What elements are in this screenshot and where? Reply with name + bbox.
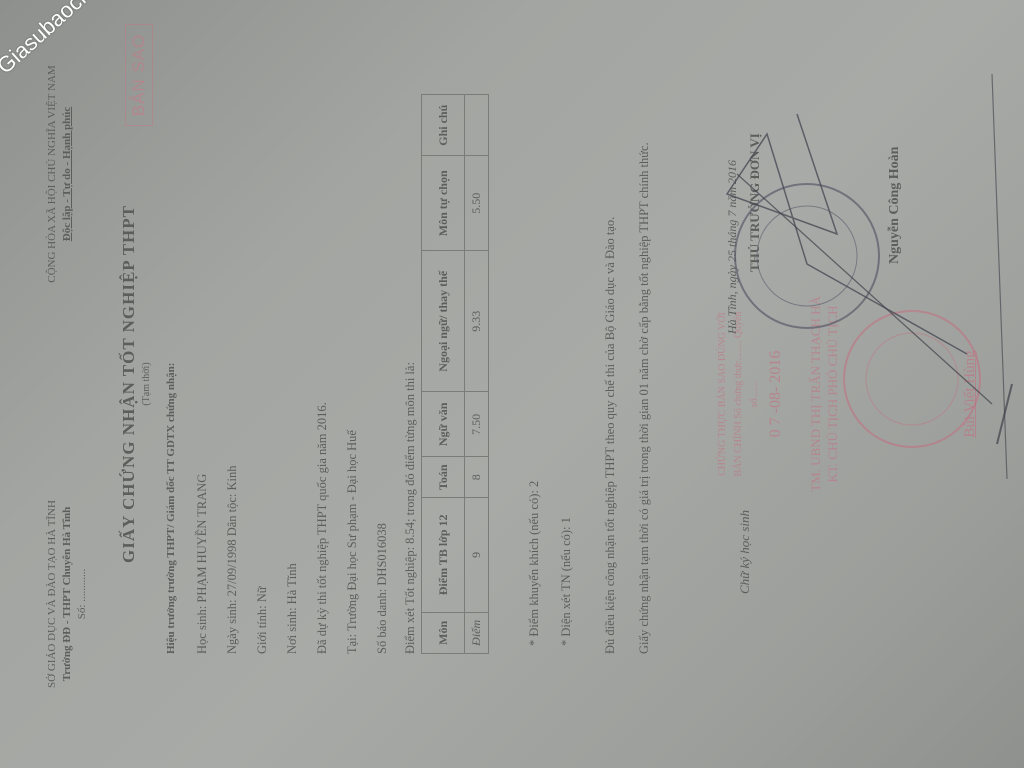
scores-header-row: Môn Điểm TB lớp 12 Toán Ngữ văn Ngoại ng… <box>422 95 465 654</box>
score-math: 8 <box>465 457 489 498</box>
signature-stroke-icon <box>727 114 967 354</box>
document-number: Số: ............ <box>75 464 90 724</box>
scores-row: Điểm 9 8 7.50 9.33 5.50 <box>465 95 489 654</box>
exam-venue: Tại: Trường Đại học Sư phạm - Đại học Hu… <box>345 430 360 654</box>
col-math: Toán <box>422 457 465 498</box>
document-photo: SỞ GIÁO DỤC VÀ ĐÀO TẠO HÀ TĨNH Trường ĐĐ… <box>0 0 1024 768</box>
student-name: Học sinh: PHẠM HUYỀN TRANG <box>195 474 210 654</box>
exam-line: Đã dự kỳ thi tốt nghiệp THPT quốc gia nă… <box>315 402 330 654</box>
school-name: Trường ĐĐ - THPT Chuyên Hà Tĩnh <box>60 464 75 724</box>
certified-copy-date: 0 7 -08- 2016 <box>767 304 785 484</box>
col-elective: Môn tự chọn <box>422 156 465 251</box>
score-foreign-language: 9.33 <box>465 251 489 392</box>
candidate-id: Số báo danh: DHS016038 <box>375 523 390 654</box>
certificate-title: GIẤY CHỨNG NHẬN TỐT NGHIỆP THPT <box>119 34 139 734</box>
bonus-points: * Điểm khuyến khích (nếu có): 2 <box>527 481 542 646</box>
head-name: Nguyễn Công Hoàn <box>887 147 903 264</box>
score-gpa12: 9 <box>465 498 489 613</box>
country-name: CỘNG HÒA XÃ HỘI CHỦ NGHĨA VIỆT NAM <box>45 34 60 314</box>
col-notes: Ghi chú <box>422 95 465 156</box>
score-literature: 7.50 <box>465 392 489 457</box>
student-signature-label: Chữ ký học sinh <box>737 510 753 594</box>
head-title: THỦ TRƯỞNG ĐƠN VỊ <box>747 133 763 272</box>
certifier-line: Hiệu trưởng trường THPT/ Giám đốc TT GDT… <box>165 363 177 654</box>
student-birthplace: Nơi sinh: Hà Tĩnh <box>285 563 300 654</box>
ministry-name: SỞ GIÁO DỤC VÀ ĐÀO TẠO HÀ TĨNH <box>45 464 60 724</box>
graduation-certificate: SỞ GIÁO DỤC VÀ ĐÀO TẠO HÀ TĨNH Trường ĐĐ… <box>7 34 1017 734</box>
priority-category: * Diện xét TN (nếu có): 1 <box>559 517 574 646</box>
certified-copy-org: TM. UBND THỊ TRẤN THẠCH HÀ KT. CHỦ TỊCH … <box>807 294 841 494</box>
eligibility-statement: Đủ điều kiện công nhận tốt nghiệp THPT t… <box>595 14 625 654</box>
score-elective: 5.50 <box>465 156 489 251</box>
student-gender: Giới tính: Nữ <box>255 586 270 654</box>
scores-table: Môn Điểm TB lớp 12 Toán Ngữ văn Ngoại ng… <box>421 94 489 654</box>
seals-and-signatures <box>7 34 1017 734</box>
validity-statement: Giấy chứng nhận tạm thời có giá trị tron… <box>629 14 659 654</box>
issuer-header: SỞ GIÁO DỤC VÀ ĐÀO TẠO HÀ TĨNH Trường ĐĐ… <box>45 464 90 724</box>
row-label: Điểm <box>465 612 489 653</box>
certificate-subtitle: (Tạm thời) <box>141 34 152 734</box>
col-subject: Môn <box>422 612 465 653</box>
national-header: CỘNG HÒA XÃ HỘI CHỦ NGHĨA VIỆT NAM Độc l… <box>45 34 75 314</box>
student-dob: Ngày sinh: 27/09/1998 Dân tộc: Kinh <box>225 465 240 654</box>
score-notes <box>465 95 489 156</box>
national-motto: Độc lập - Tự do - Hạnh phúc <box>60 34 75 314</box>
red-seal-icon <box>844 311 980 447</box>
certified-copy-signer: Bùi Viết Hùng <box>962 294 979 494</box>
graduation-score: Điểm xét Tốt nghiệp: 8.54; trong đó điểm… <box>403 362 418 654</box>
certified-copy-stamp: CHỨNG THỰC BẢN SAO ĐÚNG VỚI BẢN CHÍNH Số… <box>715 304 763 484</box>
col-gpa12: Điểm TB lớp 12 <box>422 498 465 613</box>
col-literature: Ngữ văn <box>422 392 465 457</box>
col-foreign-language: Ngoại ngữ/ thay thế <box>422 251 465 392</box>
